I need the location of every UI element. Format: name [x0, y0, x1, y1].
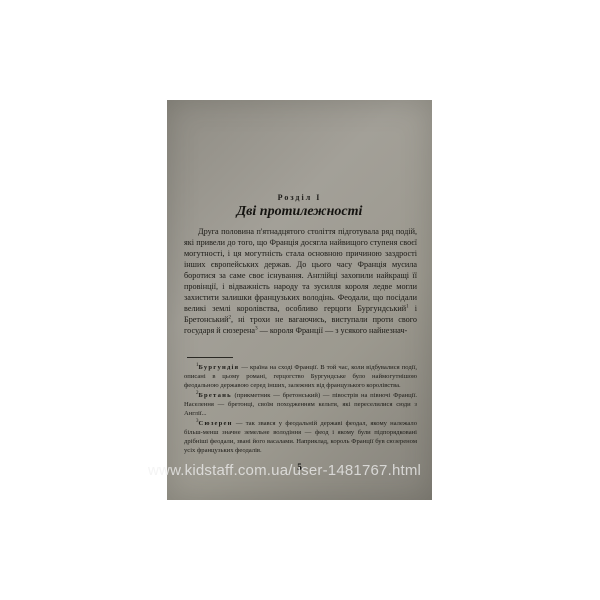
- footnotes: 1Бургундія — країна на сході Франції. В …: [184, 363, 417, 456]
- body-paragraph: Друга половина п'ятнадцятого століття пі…: [184, 226, 417, 336]
- footnote-1: 1Бургундія — країна на сході Франції. В …: [184, 363, 417, 390]
- body-text-part-1: Друга половина п'ятнадцятого століття пі…: [184, 227, 417, 313]
- footnote-3: 3Сюзерен — так звався у феодальній держа…: [184, 419, 417, 455]
- footnote-divider: [187, 357, 233, 358]
- footnote-2: 2Бретань (прикметник — бретонський) — пі…: [184, 391, 417, 418]
- footnote-term: Бургундія: [199, 364, 240, 371]
- book-page: Розділ I Дві протилежності Друга половин…: [167, 100, 432, 500]
- chapter-label: Розділ I: [167, 193, 432, 202]
- chapter-title: Дві протилежності: [167, 204, 432, 220]
- footnote-term: Бретань: [199, 392, 232, 399]
- watermark-url: www.kidstaff.com.ua/user-1481767.html: [148, 462, 421, 479]
- footnote-term: Сюзерен: [199, 420, 233, 427]
- body-text-part-4: — короля Франції — з усякого найнезнач-: [258, 326, 408, 335]
